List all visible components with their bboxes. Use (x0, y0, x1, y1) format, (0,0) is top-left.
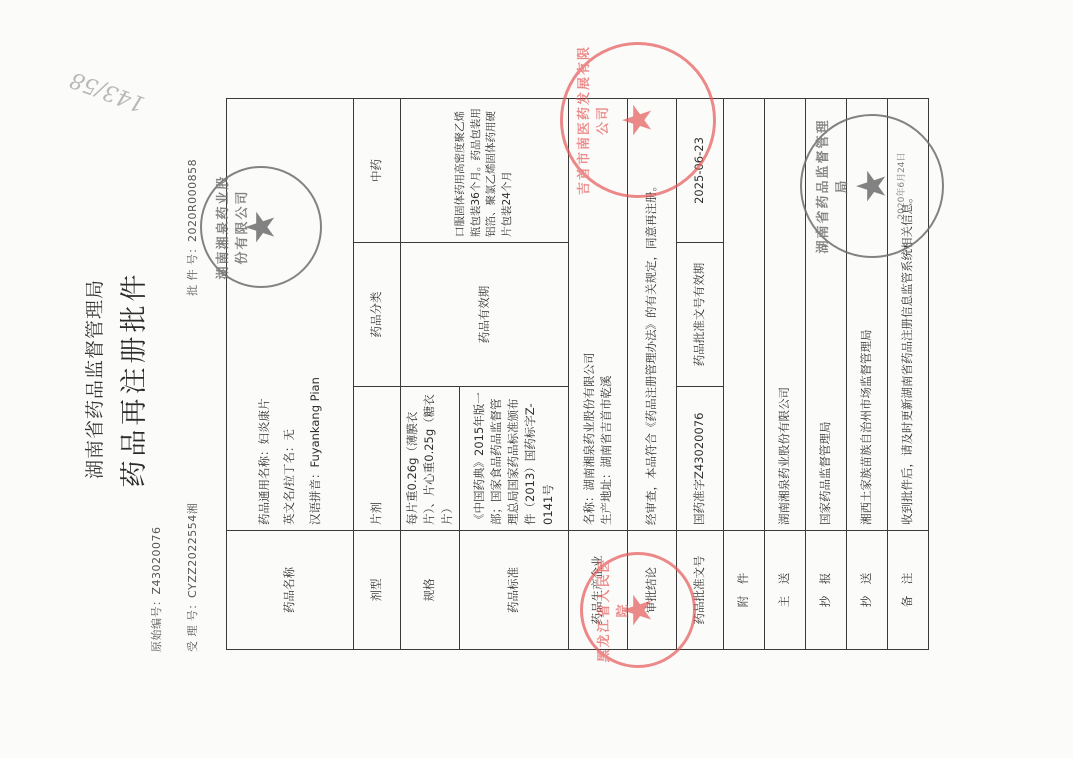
manufacturer-value: 名称：湖南湘泉药业股份有限公司 生产地址：湖南省吉首市乾溪 (568, 99, 627, 531)
attachment-label: 附 件 (723, 531, 764, 650)
issuing-authority: 湖南省药品监督管理局 (80, 0, 107, 758)
english-name: 无 (282, 429, 296, 441)
generic-name: 妇炎康片 (257, 399, 271, 445)
shelf-life-value: 口服固体药用高密度聚乙烯瓶包装36个月。药品包装用铝箔、聚氯乙烯固体药用硬片包装… (401, 99, 569, 243)
remarks-value: 收到批件后，请及时更新湖南省药品注册信息监管系统相关信息。 (887, 99, 928, 531)
table-row: 抄 送 湘西土家族苗族自治州市场监督管理局 (846, 99, 887, 650)
approval-number-label: 药品批准文号 (676, 531, 723, 650)
conclusion-value: 经审查，本品符合《药品注册管理办法》的有关规定，同意再注册。 (627, 99, 676, 531)
cc-report-value: 国家药品监督管理局 (805, 99, 846, 531)
table-row: 剂型 片剂 药品分类 中药 (354, 99, 401, 650)
table-row: 抄 报 国家药品监督管理局 (805, 99, 846, 650)
main-recipient-label: 主 送 (764, 531, 805, 650)
category-value: 中药 (354, 99, 401, 243)
registration-table: 药品名称 药品通用名称：妇炎康片 英文名/拉丁名：无 汉语拼音：Fuyankan… (226, 98, 929, 650)
dosage-form-value: 片剂 (354, 387, 401, 531)
manufacturer-name: 湖南湘泉药业股份有限公司 (582, 353, 596, 491)
shelf-life-label: 药品有效期 (401, 243, 569, 387)
table-row: 审批结论 经审查，本品符合《药品注册管理办法》的有关规定，同意再注册。 (627, 99, 676, 650)
category-label: 药品分类 (354, 243, 401, 387)
remarks-label: 备 注 (887, 531, 928, 650)
conclusion-label: 审批结论 (627, 531, 676, 650)
dosage-form-label: 剂型 (354, 531, 401, 650)
document-page: 143/58 湖南省药品监督管理局 药品再注册批件 原始编号：Z43020076… (0, 0, 1073, 758)
table-row: 附 件 (723, 99, 764, 650)
manufacturer-label: 药品生产企业 (568, 531, 627, 650)
table-row: 主 送 湖南湘泉药业股份有限公司 (764, 99, 805, 650)
specification-label: 规格 (401, 531, 460, 650)
table-row: 药品名称 药品通用名称：妇炎康片 英文名/拉丁名：无 汉语拼音：Fuyankan… (227, 99, 354, 650)
validity-label: 药品批准文号有效期 (676, 243, 723, 387)
drug-name-label: 药品名称 (227, 531, 354, 650)
acceptance-number: 受 理 号：CYZZ2022554湘 (184, 503, 200, 652)
specification-value: 每片重0.26g（薄膜衣片）、片心重0.25g（糖衣片） (401, 387, 460, 531)
standard-value: 《中国药典》2015年版一部；国家食品药品监督管理总局国家药品标准颁布件（201… (459, 387, 568, 531)
cc-report-label: 抄 报 (805, 531, 846, 650)
table-row: 药品生产企业 名称：湖南湘泉药业股份有限公司 生产地址：湖南省吉首市乾溪 (568, 99, 627, 650)
table-row: 药品批准文号 国药准字Z43020076 药品批准文号有效期 2025-06-2… (676, 99, 723, 650)
approval-number-value: 国药准字Z43020076 (676, 387, 723, 531)
approval-document-number: 批 件 号：2020R000858 (184, 159, 200, 296)
pinyin-name: Fuyankang Pian (308, 377, 322, 467)
table-row: 备 注 收到批件后，请及时更新湖南省药品注册信息监管系统相关信息。 (887, 99, 928, 650)
attachment-value (723, 99, 764, 531)
manufacturer-address: 湖南省吉首市乾溪 (599, 376, 613, 468)
table-row: 规格 每片重0.26g（薄膜衣片）、片心重0.25g（糖衣片） 药品有效期 口服… (401, 99, 460, 650)
main-recipient-value: 湖南湘泉药业股份有限公司 (764, 99, 805, 531)
document-title: 药品再注册批件 (112, 0, 151, 758)
drug-name-value: 药品通用名称：妇炎康片 英文名/拉丁名：无 汉语拼音：Fuyankang Pia… (227, 99, 354, 531)
validity-value: 2025-06-23 (676, 99, 723, 243)
standard-label: 药品标准 (459, 531, 568, 650)
cc-send-label: 抄 送 (846, 531, 887, 650)
cc-send-value: 湘西土家族苗族自治州市场监督管理局 (846, 99, 887, 531)
original-code: 原始编号：Z43020076 (148, 526, 164, 652)
